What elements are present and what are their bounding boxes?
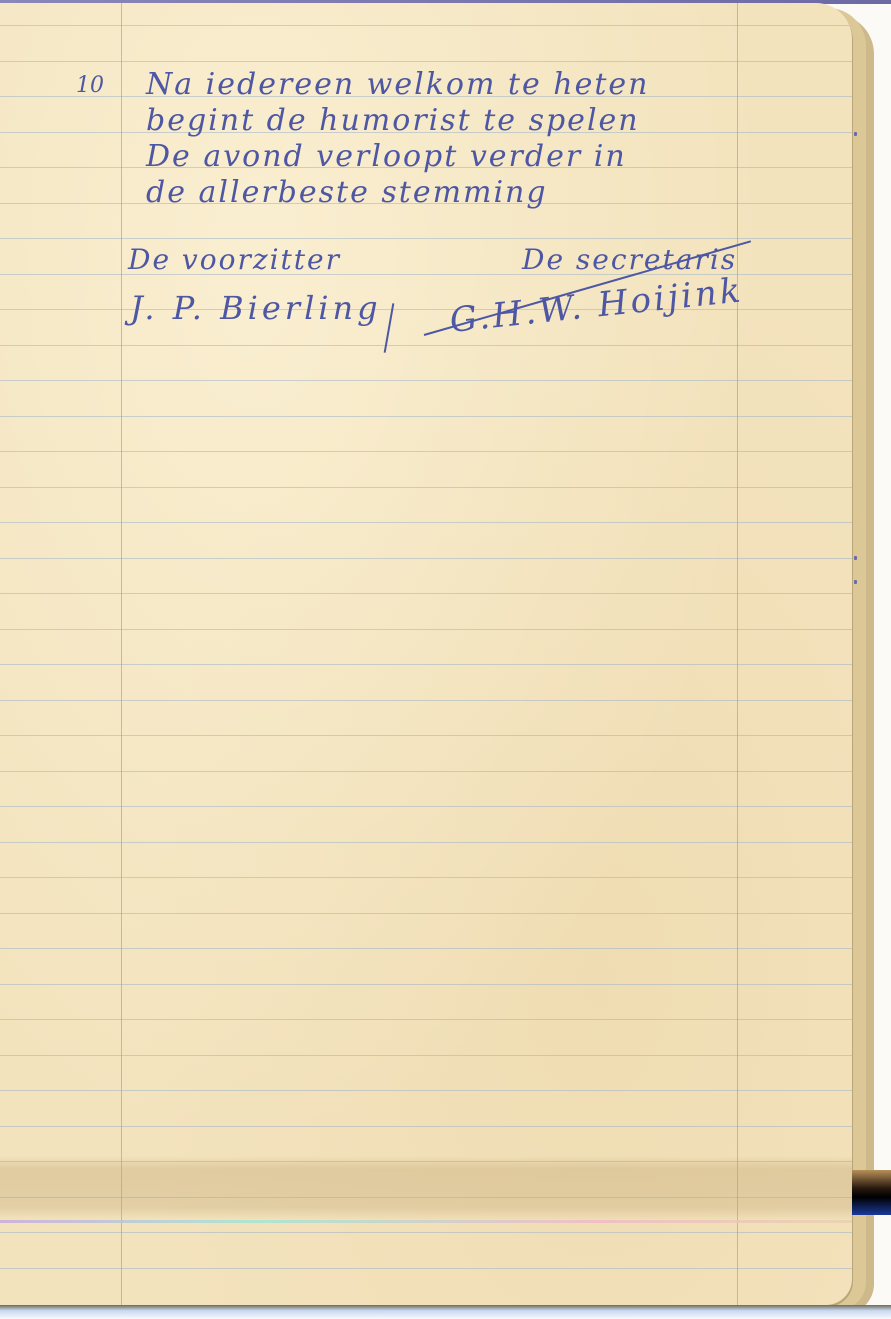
ruled-line (0, 1268, 852, 1269)
ruled-line (0, 984, 852, 985)
ruled-line (0, 487, 852, 488)
ruled-line (0, 948, 852, 949)
ruled-line (0, 1126, 852, 1127)
body-line-1: Na iedereen welkom te heten (146, 67, 650, 102)
ruled-line (0, 735, 852, 736)
right-margin-line (737, 3, 738, 1305)
ruled-line (0, 1090, 852, 1091)
ruled-line (0, 842, 852, 843)
scan-artifact-line (0, 1220, 852, 1223)
ruled-line (0, 593, 852, 594)
edge-ink-mark (854, 580, 857, 584)
chairman-signature: J. P. Bierling (130, 289, 382, 327)
secretary-label: De secretaris (522, 243, 737, 276)
ruled-line (0, 380, 852, 381)
ruled-line (0, 1019, 852, 1020)
chairman-label: De voorzitter (128, 243, 341, 276)
ruled-line (0, 877, 852, 878)
edge-ink-mark (854, 132, 857, 136)
secretary-signature: G.H.W. Hoijink (448, 270, 745, 341)
scanner-edge-bottom (0, 1305, 891, 1319)
body-line-4: de allerbeste stemming (146, 175, 548, 210)
ruled-line (0, 522, 852, 523)
body-line-2: begint de humorist te spelen (146, 103, 640, 138)
ruled-line (0, 416, 852, 417)
ruled-line (0, 806, 852, 807)
ruled-line (0, 558, 852, 559)
ruled-line (0, 25, 852, 26)
ruled-line (0, 61, 852, 62)
ruled-line (0, 1055, 852, 1056)
ruled-line (0, 771, 852, 772)
edge-ink-mark (854, 556, 857, 560)
left-margin-line (121, 3, 122, 1305)
ruled-line (0, 1232, 852, 1233)
ruled-line (0, 913, 852, 914)
ruled-line (0, 238, 852, 239)
body-line-3: De avond verloopt verder in (146, 139, 627, 174)
ruled-line (0, 700, 852, 701)
ruled-line (0, 629, 852, 630)
scan-fold-shadow (0, 1156, 852, 1220)
ruled-line (0, 664, 852, 665)
notebook-page: 10 Na iedereen welkom te heten begint de… (0, 3, 852, 1305)
ruled-line (0, 345, 852, 346)
scanner-edge-right (852, 1170, 891, 1215)
ruled-line (0, 451, 852, 452)
entry-number: 10 (76, 73, 104, 98)
